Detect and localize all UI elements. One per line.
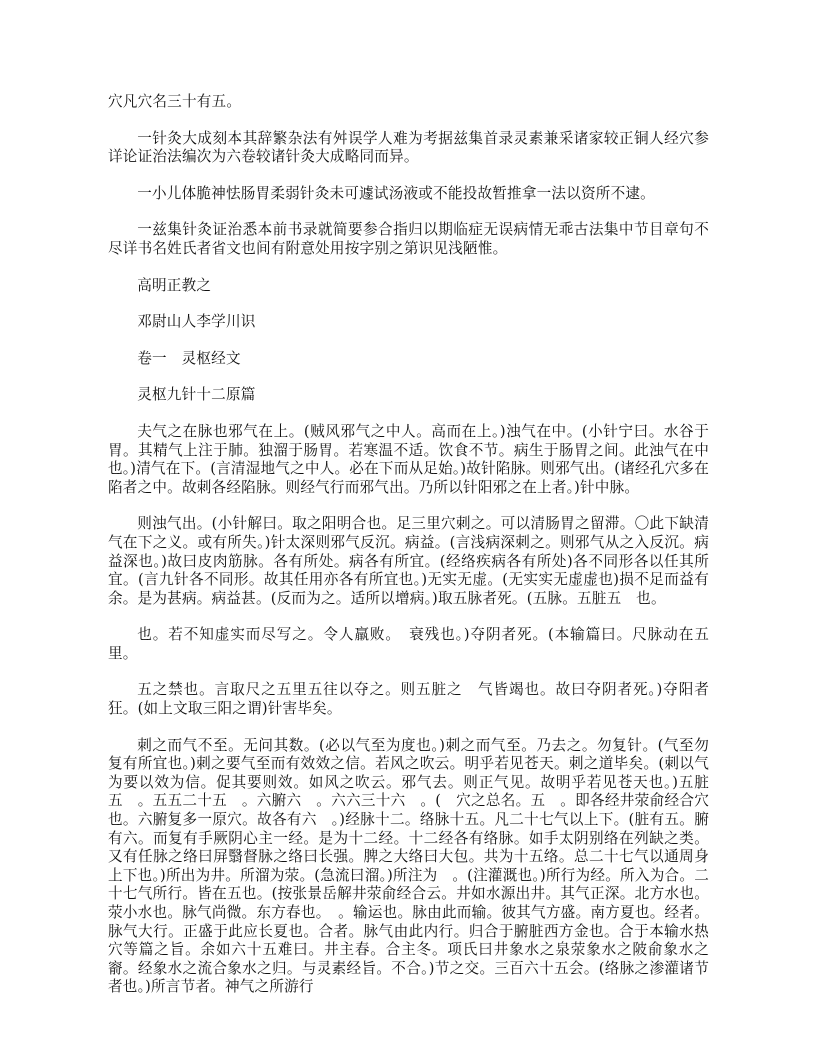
paragraph-body-4: 五之禁也。言取尺之五里五往以夺之。则五脏之 气皆竭也。故曰夺阴者死。)夺阳者狂。… [108, 681, 709, 718]
paragraph-author-signature: 邓尉山人李学川识 [108, 313, 709, 332]
paragraph-body-2: 则浊气出。(小针解曰。取之阳明合也。足三里穴刺之。可以清肠胃之留滞。〇此下缺清气… [108, 515, 709, 608]
paragraph-body-1: 夫气之在脉也邪气在上。(贼风邪气之中人。高而在上。)浊气在中。(小针宁曰。水谷于… [108, 423, 709, 497]
document-page: 穴凡穴名三十有五。 一针灸大成刻本其辞繁杂法有舛误学人难为考据兹集首录灵素兼采诸… [108, 93, 709, 997]
paragraph-note-compilation: 一针灸大成刻本其辞繁杂法有舛误学人难为考据兹集首录灵素兼采诸家较正铜人经穴参详论… [108, 130, 709, 167]
paragraph-dedication: 高明正教之 [108, 277, 709, 296]
paragraph-acupoint-count: 穴凡穴名三十有五。 [108, 93, 709, 112]
paragraph-body-5: 刺之而气不至。无问其数。(必以气至为度也。)刺之而气至。乃去之。勿复针。(气至勿… [108, 737, 709, 997]
chapter-heading: 灵枢九针十二原篇 [108, 386, 709, 405]
paragraph-body-3: 也。若不知虚实而尽写之。令人羸败。 衰残也。)夺阴者死。(本输篇曰。尺脉动在五里… [108, 626, 709, 663]
paragraph-note-method: 一兹集针灸证治悉本前书录就简要参合指归以期临症无误病情无乖古法集中节目章句不尽详… [108, 221, 709, 258]
paragraph-note-children: 一小儿体脆神怯肠胃柔弱针灸未可遽试汤液或不能投故暂推拿一法以资所不逮。 [108, 185, 709, 204]
volume-heading: 卷一 灵枢经文 [108, 350, 709, 369]
